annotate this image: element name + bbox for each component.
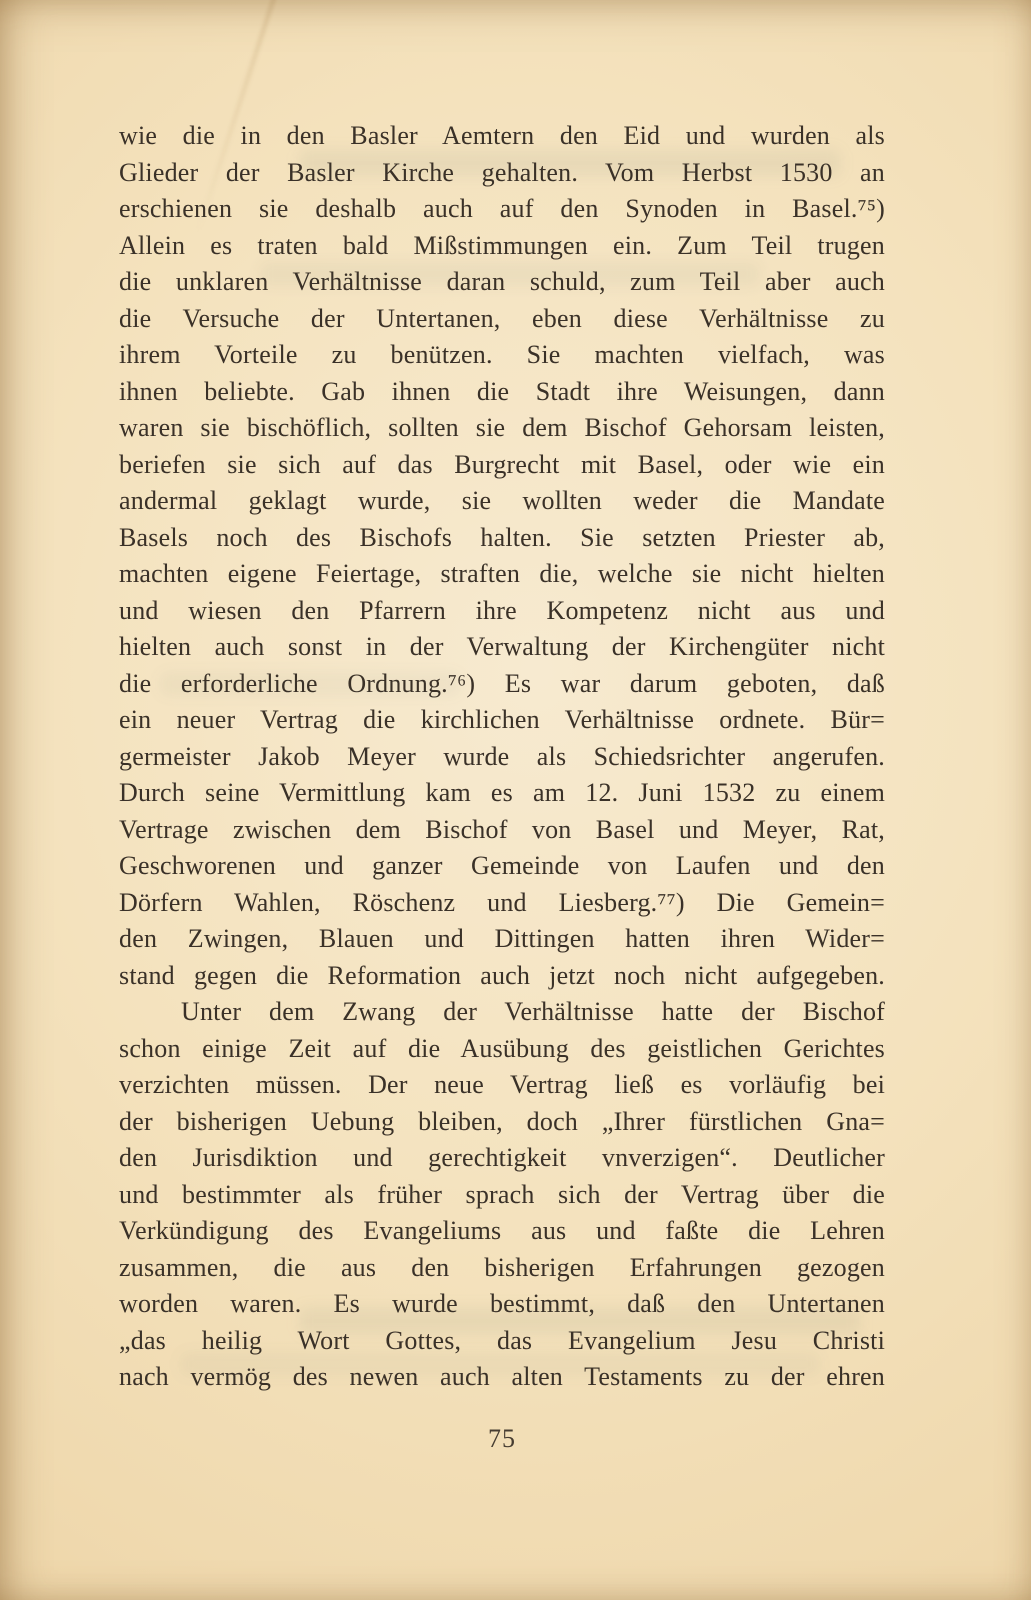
text-line: den Jurisdiktion und gerechtigkeit vnver… — [119, 1140, 885, 1177]
text-line: die erforderliche Ordnung.⁷⁶) Es war dar… — [119, 666, 885, 703]
text-line: Verkündigung des Evangeliums aus und faß… — [119, 1213, 885, 1250]
scanned-book-page: wie die in den Basler Aemtern den Eid un… — [0, 0, 1031, 1600]
text-line: machten eigene Feiertage, straften die, … — [119, 556, 885, 593]
page-number: 75 — [119, 1424, 885, 1454]
text-line: Dörfern Wahlen, Röschenz und Liesberg.⁷⁷… — [119, 885, 885, 922]
text-line: hielten auch sonst in der Verwaltung der… — [119, 629, 885, 666]
text-line: Glieder der Basler Kirche gehalten. Vom … — [119, 155, 885, 192]
text-line: ihnen beliebte. Gab ihnen die Stadt ihre… — [119, 374, 885, 411]
text-line: erschienen sie deshalb auch auf den Syno… — [119, 191, 885, 228]
text-line: die Versuche der Untertanen, eben diese … — [119, 301, 885, 338]
text-line: ihrem Vorteile zu benützen. Sie machten … — [119, 337, 885, 374]
text-line: ein neuer Vertrag die kirchlichen Verhäl… — [119, 702, 885, 739]
text-line: Durch seine Vermittlung kam es am 12. Ju… — [119, 775, 885, 812]
text-line: zusammen, die aus den bisherigen Erfahru… — [119, 1250, 885, 1287]
text-line: nach vermög des newen auch alten Testame… — [119, 1359, 885, 1396]
text-line: und bestimmter als früher sprach sich de… — [119, 1177, 885, 1214]
body-text: wie die in den Basler Aemtern den Eid un… — [119, 118, 885, 1396]
text-line: und wiesen den Pfarrern ihre Kompetenz n… — [119, 593, 885, 630]
text-line: andermal geklagt wurde, sie wollten wede… — [119, 483, 885, 520]
text-line: verzichten müssen. Der neue Vertrag ließ… — [119, 1067, 885, 1104]
text-line: Geschworenen und ganzer Gemeinde von Lau… — [119, 848, 885, 885]
text-line: wie die in den Basler Aemtern den Eid un… — [119, 118, 885, 155]
text-line: Basels noch des Bischofs halten. Sie set… — [119, 520, 885, 557]
text-line: den Zwingen, Blauen und Dittingen hatten… — [119, 921, 885, 958]
text-line: schon einige Zeit auf die Ausübung des g… — [119, 1031, 885, 1068]
text-line: stand gegen die Reformation auch jetzt n… — [119, 958, 885, 995]
text-line: die unklaren Verhältnisse daran schuld, … — [119, 264, 885, 301]
text-line: beriefen sie sich auf das Burgrecht mit … — [119, 447, 885, 484]
text-line: Allein es traten bald Mißstimmungen ein.… — [119, 228, 885, 265]
text-line: Vertrage zwischen dem Bischof von Basel … — [119, 812, 885, 849]
text-line: worden waren. Es wurde bestimmt, daß den… — [119, 1286, 885, 1323]
text-line: der bisherigen Uebung bleiben, doch „Ihr… — [119, 1104, 885, 1141]
paragraph: Unter dem Zwang der Verhältnisse hatte d… — [119, 994, 885, 1396]
text-line: germeister Jakob Meyer wurde als Schieds… — [119, 739, 885, 776]
text-line: Unter dem Zwang der Verhältnisse hatte d… — [119, 994, 885, 1031]
text-line: waren sie bischöflich, sollten sie dem B… — [119, 410, 885, 447]
paragraph: wie die in den Basler Aemtern den Eid un… — [119, 118, 885, 994]
text-line: „das heilig Wort Gottes, das Evangelium … — [119, 1323, 885, 1360]
